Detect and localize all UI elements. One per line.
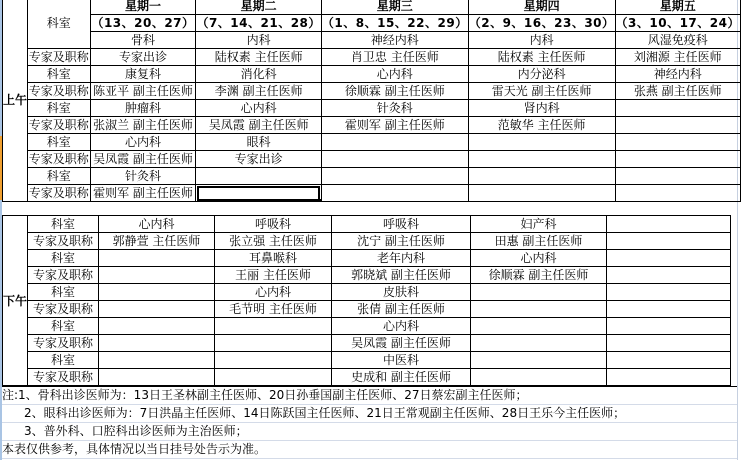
- cell[interactable]: [468, 185, 615, 202]
- row-label-dept[interactable]: 科室: [28, 168, 91, 185]
- cell[interactable]: 呼吸科: [215, 216, 332, 233]
- cell[interactable]: [471, 352, 607, 369]
- dates-thu[interactable]: （2、9、16、23、30）: [468, 15, 615, 32]
- cell[interactable]: 心内科: [196, 100, 321, 117]
- pm-dept-row-4: 科室 中医科: [3, 352, 731, 369]
- cell[interactable]: [607, 284, 731, 301]
- cell[interactable]: [607, 301, 731, 318]
- cell[interactable]: [99, 318, 215, 335]
- cell[interactable]: 心内科: [215, 284, 332, 301]
- cell[interactable]: 范敏华 主任医师: [468, 117, 615, 134]
- cell[interactable]: [607, 369, 731, 386]
- header-dept-label[interactable]: 科室: [28, 0, 91, 49]
- cell[interactable]: [607, 335, 731, 352]
- cell[interactable]: [615, 168, 740, 185]
- cell[interactable]: 神经内科: [615, 66, 740, 83]
- row-label-expert[interactable]: 专家及职称: [28, 335, 99, 352]
- cell[interactable]: [615, 134, 740, 151]
- note-1[interactable]: 注:1、骨科出诊医师为：13日王圣林副主任医师、20日孙垂国副主任医师、27日蔡…: [2, 386, 737, 405]
- cell[interactable]: [196, 168, 321, 185]
- row-label-dept[interactable]: 科室: [28, 318, 99, 335]
- cell[interactable]: 张燕 副主任医师: [615, 83, 740, 100]
- cell[interactable]: 心内科: [471, 250, 607, 267]
- cell[interactable]: 妇产科: [471, 216, 607, 233]
- cell[interactable]: 风湿免疫科: [615, 32, 740, 49]
- cell[interactable]: [215, 335, 332, 352]
- cell[interactable]: 皮肤科: [332, 284, 471, 301]
- cell[interactable]: [99, 335, 215, 352]
- row-label-dept[interactable]: 科室: [28, 216, 99, 233]
- row-label-expert[interactable]: 专家及职称: [28, 301, 99, 318]
- cell[interactable]: [615, 100, 740, 117]
- cell[interactable]: 郭晓斌 副主任医师: [332, 267, 471, 284]
- cell[interactable]: 霍则军 副主任医师: [321, 117, 468, 134]
- day-header-thu[interactable]: 星期四: [468, 0, 615, 15]
- cell[interactable]: 心内科: [99, 216, 215, 233]
- cell[interactable]: 沈宁 副主任医师: [332, 233, 471, 250]
- cell[interactable]: [99, 352, 215, 369]
- cell[interactable]: 田惠 副主任医师: [471, 233, 607, 250]
- am-dept-row-1: 科室 康复科 消化科 心内科 内分泌科 神经内科: [3, 66, 741, 83]
- am-expert-row-0: 专家及职称 专家出诊 陆权素 主任医师 肖卫忠 主任医师 陆权素 主任医师 刘湘…: [3, 49, 741, 66]
- cell[interactable]: 老年内科: [332, 250, 471, 267]
- row-label-expert[interactable]: 专家及职称: [28, 233, 99, 250]
- am-dept-row-4: 科室 针灸科: [3, 168, 741, 185]
- cell[interactable]: 骨科: [90, 32, 196, 49]
- dates-tue[interactable]: （7、14、21、28）: [196, 15, 321, 32]
- am-expert-row-3: 专家及职称 吴凤霞 副主任医师 专家出诊: [3, 151, 741, 168]
- cell[interactable]: 消化科: [196, 66, 321, 83]
- cell[interactable]: 眼科: [196, 134, 321, 151]
- cell[interactable]: 王丽 主任医师: [215, 267, 332, 284]
- cell[interactable]: 耳鼻喉科: [215, 250, 332, 267]
- selected-cell[interactable]: [196, 185, 321, 202]
- cell[interactable]: 内分泌科: [468, 66, 615, 83]
- cell[interactable]: 刘湘源 主任医师: [615, 49, 740, 66]
- cell[interactable]: 霍则军 副主任医师: [90, 185, 196, 202]
- cell[interactable]: [215, 318, 332, 335]
- cell[interactable]: [321, 134, 468, 151]
- cell[interactable]: [215, 352, 332, 369]
- day-header-mon[interactable]: 星期一: [90, 0, 196, 15]
- row-label-expert[interactable]: 专家及职称: [28, 117, 91, 134]
- afternoon-schedule-table: 下午 科室 心内科 呼吸科 呼吸科 妇产科 专家及职称 郭静萱 主任医师 张立强…: [2, 215, 731, 386]
- am-expert-row-2: 专家及职称 张淑兰 副主任医师 吴凤霞 副主任医师 霍则军 副主任医师 范敏华 …: [3, 117, 741, 134]
- cell[interactable]: 针灸科: [321, 100, 468, 117]
- cell[interactable]: 呼吸科: [332, 216, 471, 233]
- cell[interactable]: [99, 369, 215, 386]
- am-dept-row-2: 科室 肿瘤科 心内科 针灸科 肾内科: [3, 100, 741, 117]
- row-label-expert[interactable]: 专家及职称: [28, 267, 99, 284]
- cell[interactable]: 吴凤霞 副主任医师: [90, 151, 196, 168]
- cell[interactable]: 张倩 副主任医师: [332, 301, 471, 318]
- cell[interactable]: [99, 301, 215, 318]
- cell[interactable]: 毛节明 主任医师: [215, 301, 332, 318]
- cell[interactable]: [215, 369, 332, 386]
- cell[interactable]: [468, 134, 615, 151]
- cell[interactable]: 陆权素 主任医师: [468, 49, 615, 66]
- cell[interactable]: 专家出诊: [90, 49, 196, 66]
- cell[interactable]: [468, 168, 615, 185]
- row-label-dept[interactable]: 科室: [28, 352, 99, 369]
- note-2[interactable]: 2、眼科出诊医师为：7日洪晶主任医师、14日陈跃国主任医师、21日王常观副主任医…: [2, 405, 737, 423]
- pm-expert-row-1: 专家及职称 王丽 主任医师 郭晓斌 副主任医师 徐顺霖 副主任医师: [3, 267, 731, 284]
- cell[interactable]: 中医科: [332, 352, 471, 369]
- dates-mon[interactable]: （13、20、27）: [90, 15, 196, 32]
- cell[interactable]: 心内科: [332, 318, 471, 335]
- cell[interactable]: 肖卫忠 主任医师: [321, 49, 468, 66]
- period-morning[interactable]: 上午: [3, 0, 28, 202]
- row-label-expert[interactable]: 专家及职称: [28, 151, 91, 168]
- cell[interactable]: 内科: [196, 32, 321, 49]
- cell[interactable]: [607, 352, 731, 369]
- cell[interactable]: 张立强 主任医师: [215, 233, 332, 250]
- cell[interactable]: [615, 151, 740, 168]
- dates-fri[interactable]: （3、10、17、24）: [615, 15, 740, 32]
- header-row-days: 上午 科室 星期一 星期二 星期三 星期四 星期五: [3, 0, 741, 15]
- pm-expert-row-2: 专家及职称 毛节明 主任医师 张倩 副主任医师: [3, 301, 731, 318]
- cell[interactable]: 徐顺霖 副主任医师: [321, 83, 468, 100]
- am-dept-row-0: 骨科 内科 神经内科 内科 风湿免疫科: [3, 32, 741, 49]
- row-label-expert[interactable]: 专家及职称: [28, 49, 91, 66]
- cell[interactable]: 陈亚平 副主任医师: [90, 83, 196, 100]
- pm-dept-row-2: 科室 心内科 皮肤科: [3, 284, 731, 301]
- cell[interactable]: [99, 267, 215, 284]
- am-dept-row-3: 科室 心内科 眼科: [3, 134, 741, 151]
- pm-dept-row-0: 下午 科室 心内科 呼吸科 呼吸科 妇产科: [3, 216, 731, 233]
- cell[interactable]: [468, 151, 615, 168]
- cell[interactable]: 徐顺霖 副主任医师: [471, 267, 607, 284]
- cell[interactable]: [607, 216, 731, 233]
- cell[interactable]: 张淑兰 副主任医师: [90, 117, 196, 134]
- note-3[interactable]: 3、普外科、口腔科出诊医师为主治医师；: [2, 423, 737, 441]
- row-label-dept[interactable]: 科室: [28, 250, 99, 267]
- row-label-expert[interactable]: 专家及职称: [28, 185, 91, 202]
- cell[interactable]: [471, 335, 607, 352]
- row-label-dept[interactable]: 科室: [28, 66, 91, 83]
- cell[interactable]: [607, 233, 731, 250]
- cell[interactable]: 郭静萱 主任医师: [99, 233, 215, 250]
- cell[interactable]: 吴凤霞 副主任医师: [332, 335, 471, 352]
- cell[interactable]: 针灸科: [90, 168, 196, 185]
- cell[interactable]: 吴凤霞 副主任医师: [196, 117, 321, 134]
- cell[interactable]: [99, 250, 215, 267]
- cell[interactable]: 康复科: [90, 66, 196, 83]
- am-expert-row-4: 专家及职称 霍则军 副主任医师: [3, 185, 741, 202]
- fill-handle[interactable]: [319, 199, 322, 202]
- cell[interactable]: 雷天光 副主任医师: [468, 83, 615, 100]
- disclaimer[interactable]: 本表仅供参考，具体情况以当日挂号处告示为准。: [2, 441, 737, 459]
- cell[interactable]: 李渊 副主任医师: [196, 83, 321, 100]
- cell[interactable]: [471, 369, 607, 386]
- pm-expert-row-4: 专家及职称 史成和 副主任医师: [3, 369, 731, 386]
- cell[interactable]: [321, 151, 468, 168]
- pm-expert-row-3: 专家及职称 吴凤霞 副主任医师: [3, 335, 731, 352]
- cell[interactable]: [321, 168, 468, 185]
- row-label-dept[interactable]: 科室: [28, 284, 99, 301]
- am-expert-row-1: 专家及职称 陈亚平 副主任医师 李渊 副主任医师 徐顺霖 副主任医师 雷天光 副…: [3, 83, 741, 100]
- spreadsheet-view: 上午 科室 星期一 星期二 星期三 星期四 星期五 （13、20、27） （7、…: [0, 0, 741, 460]
- period-afternoon[interactable]: 下午: [3, 216, 28, 386]
- cell[interactable]: [607, 318, 731, 335]
- cell[interactable]: 心内科: [321, 66, 468, 83]
- cell[interactable]: 肾内科: [468, 100, 615, 117]
- cell[interactable]: [607, 250, 731, 267]
- header-row-dates: （13、20、27） （7、14、21、28） （1、8、15、22、29） （…: [3, 15, 741, 32]
- row-label-dept[interactable]: 科室: [28, 100, 91, 117]
- dates-wed[interactable]: （1、8、15、22、29）: [321, 15, 468, 32]
- cell[interactable]: [615, 185, 740, 202]
- outpatient-schedule-table: 上午 科室 星期一 星期二 星期三 星期四 星期五 （13、20、27） （7、…: [2, 0, 741, 202]
- cell[interactable]: [607, 267, 731, 284]
- day-header-wed[interactable]: 星期三: [321, 0, 468, 15]
- pm-expert-row-0: 专家及职称 郭静萱 主任医师 张立强 主任医师 沈宁 副主任医师 田惠 副主任医…: [3, 233, 731, 250]
- cell[interactable]: [471, 301, 607, 318]
- cell[interactable]: 陆权素 主任医师: [196, 49, 321, 66]
- day-header-tue[interactable]: 星期二: [196, 0, 321, 15]
- cell[interactable]: 神经内科: [321, 32, 468, 49]
- cell[interactable]: [471, 318, 607, 335]
- row-label-expert[interactable]: 专家及职称: [28, 369, 99, 386]
- cell[interactable]: [321, 185, 468, 202]
- cell[interactable]: 史成和 副主任医师: [332, 369, 471, 386]
- notes-section: 注:1、骨科出诊医师为：13日王圣林副主任医师、20日孙垂国副主任医师、27日蔡…: [2, 386, 737, 459]
- row-label-dept[interactable]: 科室: [28, 134, 91, 151]
- pm-dept-row-3: 科室 心内科: [3, 318, 731, 335]
- day-header-fri[interactable]: 星期五: [615, 0, 740, 15]
- cell[interactable]: [471, 284, 607, 301]
- pm-dept-row-1: 科室 耳鼻喉科 老年内科 心内科: [3, 250, 731, 267]
- cell[interactable]: 内科: [468, 32, 615, 49]
- cell[interactable]: 肿瘤科: [90, 100, 196, 117]
- cell[interactable]: [99, 284, 215, 301]
- cell[interactable]: 专家出诊: [196, 151, 321, 168]
- cell[interactable]: 心内科: [90, 134, 196, 151]
- row-label-expert[interactable]: 专家及职称: [28, 83, 91, 100]
- cell[interactable]: [615, 117, 740, 134]
